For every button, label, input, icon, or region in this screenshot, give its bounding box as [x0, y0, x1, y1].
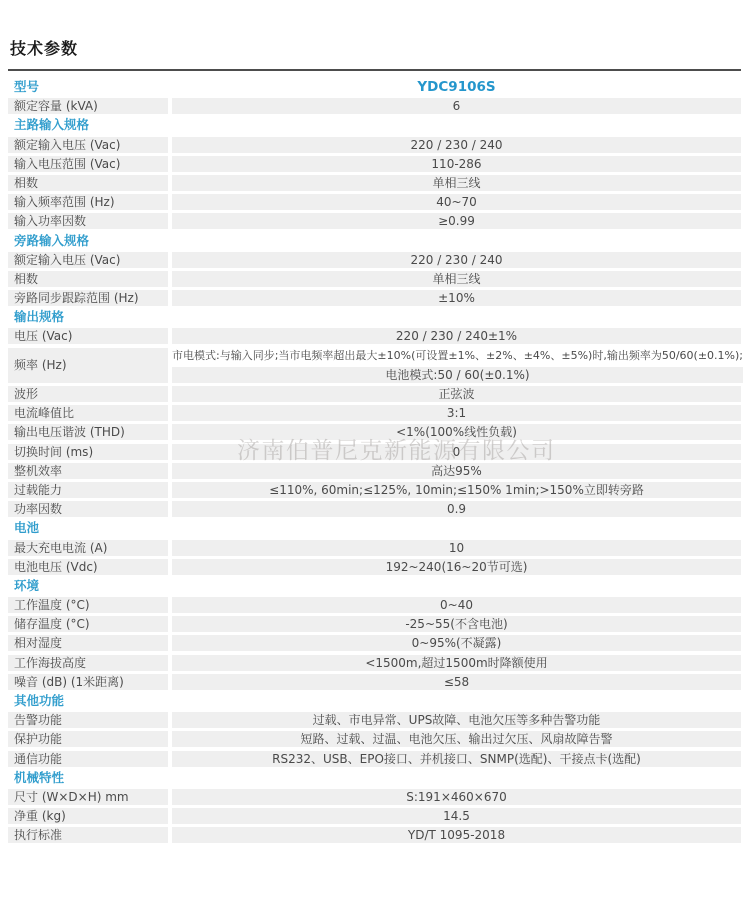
row-label: 执行标准 [8, 827, 168, 843]
spec-row: 工作温度 (°C)0~40 [8, 597, 741, 616]
row-label: 额定输入电压 (Vac) [8, 252, 168, 268]
spec-row: 储存温度 (°C)-25~55(不含电池) [8, 616, 741, 635]
row-value: 40~70 [172, 194, 741, 210]
row-value: -25~55(不含电池) [172, 616, 741, 632]
spec-row: 额定输入电压 (Vac)220 / 230 / 240 [8, 137, 741, 156]
row-label: 相数 [8, 271, 168, 287]
spec-row: 工作海拔高度<1500m,超过1500m时降额使用 [8, 655, 741, 674]
row-label: 输入功率因数 [8, 213, 168, 229]
row-label: 输出电压谐波 (THD) [8, 424, 168, 440]
row-label: 额定容量 (kVA) [8, 98, 168, 114]
spec-row: 输入频率范围 (Hz)40~70 [8, 194, 741, 213]
row-value: 0~40 [172, 597, 741, 613]
title-divider [8, 69, 741, 71]
spec-row: 相对湿度0~95%(不凝露) [8, 635, 741, 654]
row-value: 0.9 [172, 501, 741, 517]
row-label: 输入电压范围 (Vac) [8, 156, 168, 172]
row-value: 14.5 [172, 808, 741, 824]
spec-row: 最大充电电流 (A)10 [8, 540, 741, 559]
row-label: 电压 (Vac) [8, 328, 168, 344]
row-value: <1500m,超过1500m时降额使用 [172, 655, 741, 671]
row-value: 过载、市电异常、UPS故障、电池欠压等多种告警功能 [172, 712, 741, 728]
section-row: 其他功能 [8, 693, 741, 712]
spec-row: 噪音 (dB) (1米距离)≤58 [8, 674, 741, 693]
spec-row: 电流峰值比3:1 [8, 405, 741, 424]
section-row: 电池 [8, 520, 741, 539]
section-header: 输出规格 [8, 309, 64, 325]
spec-row: 波形正弦波 [8, 386, 741, 405]
row-value: 110-286 [172, 156, 741, 172]
row-value: YDC9106S [172, 79, 741, 95]
section-row: 机械特性 [8, 770, 741, 789]
row-value: 220 / 230 / 240 [172, 252, 741, 268]
row-value-line: 电池模式:50 / 60(±0.1%) [172, 367, 743, 383]
row-label: 输入频率范围 (Hz) [8, 194, 168, 210]
spec-row: 额定输入电压 (Vac)220 / 230 / 240 [8, 252, 741, 271]
row-value: ±10% [172, 290, 741, 306]
row-label: 相对湿度 [8, 635, 168, 651]
row-value: 6 [172, 98, 741, 114]
row-value: ≤58 [172, 674, 741, 690]
spec-row: 相数单相三线 [8, 271, 741, 290]
row-label: 电流峰值比 [8, 405, 168, 421]
spec-row: 尺寸 (W×D×H) mmS:191×460×670 [8, 789, 741, 808]
row-value: 220 / 230 / 240±1% [172, 328, 741, 344]
row-value: 单相三线 [172, 175, 741, 191]
row-label: 频率 (Hz) [8, 348, 168, 383]
row-label: 额定输入电压 (Vac) [8, 137, 168, 153]
model-row: 型号YDC9106S [8, 79, 741, 98]
spec-row: 电池电压 (Vdc)192~240(16~20节可选) [8, 559, 741, 578]
row-value: 高达95% [172, 463, 741, 479]
row-label: 整机效率 [8, 463, 168, 479]
section-header: 其他功能 [8, 693, 64, 709]
row-value: 220 / 230 / 240 [172, 137, 741, 153]
spec-row: 额定容量 (kVA)6 [8, 98, 741, 117]
row-value: 0~95%(不凝露) [172, 635, 741, 651]
row-label: 型号 [8, 79, 168, 95]
row-label: 告警功能 [8, 712, 168, 728]
row-value: ≥0.99 [172, 213, 741, 229]
row-label: 相数 [8, 175, 168, 191]
spec-row: 切换时间 (ms)0 [8, 444, 741, 463]
row-label: 净重 (kg) [8, 808, 168, 824]
spec-row: 旁路同步跟踪范围 (Hz)±10% [8, 290, 741, 309]
row-label: 电池电压 (Vdc) [8, 559, 168, 575]
page-title: 技术参数 [10, 36, 78, 59]
row-label: 旁路同步跟踪范围 (Hz) [8, 290, 168, 306]
spec-row: 相数单相三线 [8, 175, 741, 194]
spec-row: 频率 (Hz)市电模式:与输入同步;当市电频率超出最大±10%(可设置±1%、±… [8, 348, 741, 386]
spec-row: 整机效率高达95% [8, 463, 741, 482]
section-header: 电池 [8, 520, 39, 536]
row-label: 工作海拔高度 [8, 655, 168, 671]
row-label: 通信功能 [8, 751, 168, 767]
row-label: 切换时间 (ms) [8, 444, 168, 460]
spec-row: 告警功能过载、市电异常、UPS故障、电池欠压等多种告警功能 [8, 712, 741, 731]
row-value: 192~240(16~20节可选) [172, 559, 741, 575]
row-value: ≤110%, 60min;≤125%, 10min;≤150% 1min;>15… [172, 482, 741, 498]
spec-row: 输入电压范围 (Vac)110-286 [8, 156, 741, 175]
row-label: 功率因数 [8, 501, 168, 517]
section-row: 环境 [8, 578, 741, 597]
row-value: 10 [172, 540, 741, 556]
spec-row: 功率因数0.9 [8, 501, 741, 520]
section-header: 机械特性 [8, 770, 64, 786]
section-row: 输出规格 [8, 309, 741, 328]
section-header: 旁路输入规格 [8, 233, 89, 249]
section-header: 主路输入规格 [8, 117, 89, 133]
row-value: 3:1 [172, 405, 741, 421]
row-value-line: 市电模式:与输入同步;当市电频率超出最大±10%(可设置±1%、±2%、±4%、… [172, 348, 743, 364]
spec-sheet-page: 技术参数 型号YDC9106S额定容量 (kVA)6主路输入规格额定输入电压 (… [0, 0, 750, 911]
row-value: 正弦波 [172, 386, 741, 402]
row-value: 市电模式:与输入同步;当市电频率超出最大±10%(可设置±1%、±2%、±4%、… [172, 348, 743, 383]
row-label: 保护功能 [8, 731, 168, 747]
row-value: <1%(100%线性负载) [172, 424, 741, 440]
row-value: YD/T 1095-2018 [172, 827, 741, 843]
row-value: 单相三线 [172, 271, 741, 287]
row-label: 波形 [8, 386, 168, 402]
spec-row: 通信功能RS232、USB、EPO接口、并机接口、SNMP(选配)、干接点卡(选… [8, 751, 741, 770]
row-value: 短路、过载、过温、电池欠压、输出过欠压、风扇故障告警 [172, 731, 741, 747]
spec-row: 净重 (kg)14.5 [8, 808, 741, 827]
row-label: 过载能力 [8, 482, 168, 498]
row-value: 0 [172, 444, 741, 460]
spec-row: 输入功率因数≥0.99 [8, 213, 741, 232]
spec-table: 型号YDC9106S额定容量 (kVA)6主路输入规格额定输入电压 (Vac)2… [8, 79, 741, 847]
section-row: 主路输入规格 [8, 117, 741, 136]
row-label: 尺寸 (W×D×H) mm [8, 789, 168, 805]
row-label: 工作温度 (°C) [8, 597, 168, 613]
spec-row: 输出电压谐波 (THD)<1%(100%线性负载) [8, 424, 741, 443]
spec-row: 过载能力≤110%, 60min;≤125%, 10min;≤150% 1min… [8, 482, 741, 501]
spec-row: 电压 (Vac)220 / 230 / 240±1% [8, 328, 741, 347]
section-header: 环境 [8, 578, 39, 594]
spec-row: 执行标准YD/T 1095-2018 [8, 827, 741, 846]
row-label: 储存温度 (°C) [8, 616, 168, 632]
row-label: 噪音 (dB) (1米距离) [8, 674, 168, 690]
row-value: S:191×460×670 [172, 789, 741, 805]
section-row: 旁路输入规格 [8, 233, 741, 252]
row-value: RS232、USB、EPO接口、并机接口、SNMP(选配)、干接点卡(选配) [172, 751, 741, 767]
row-label: 最大充电电流 (A) [8, 540, 168, 556]
spec-row: 保护功能短路、过载、过温、电池欠压、输出过欠压、风扇故障告警 [8, 731, 741, 750]
